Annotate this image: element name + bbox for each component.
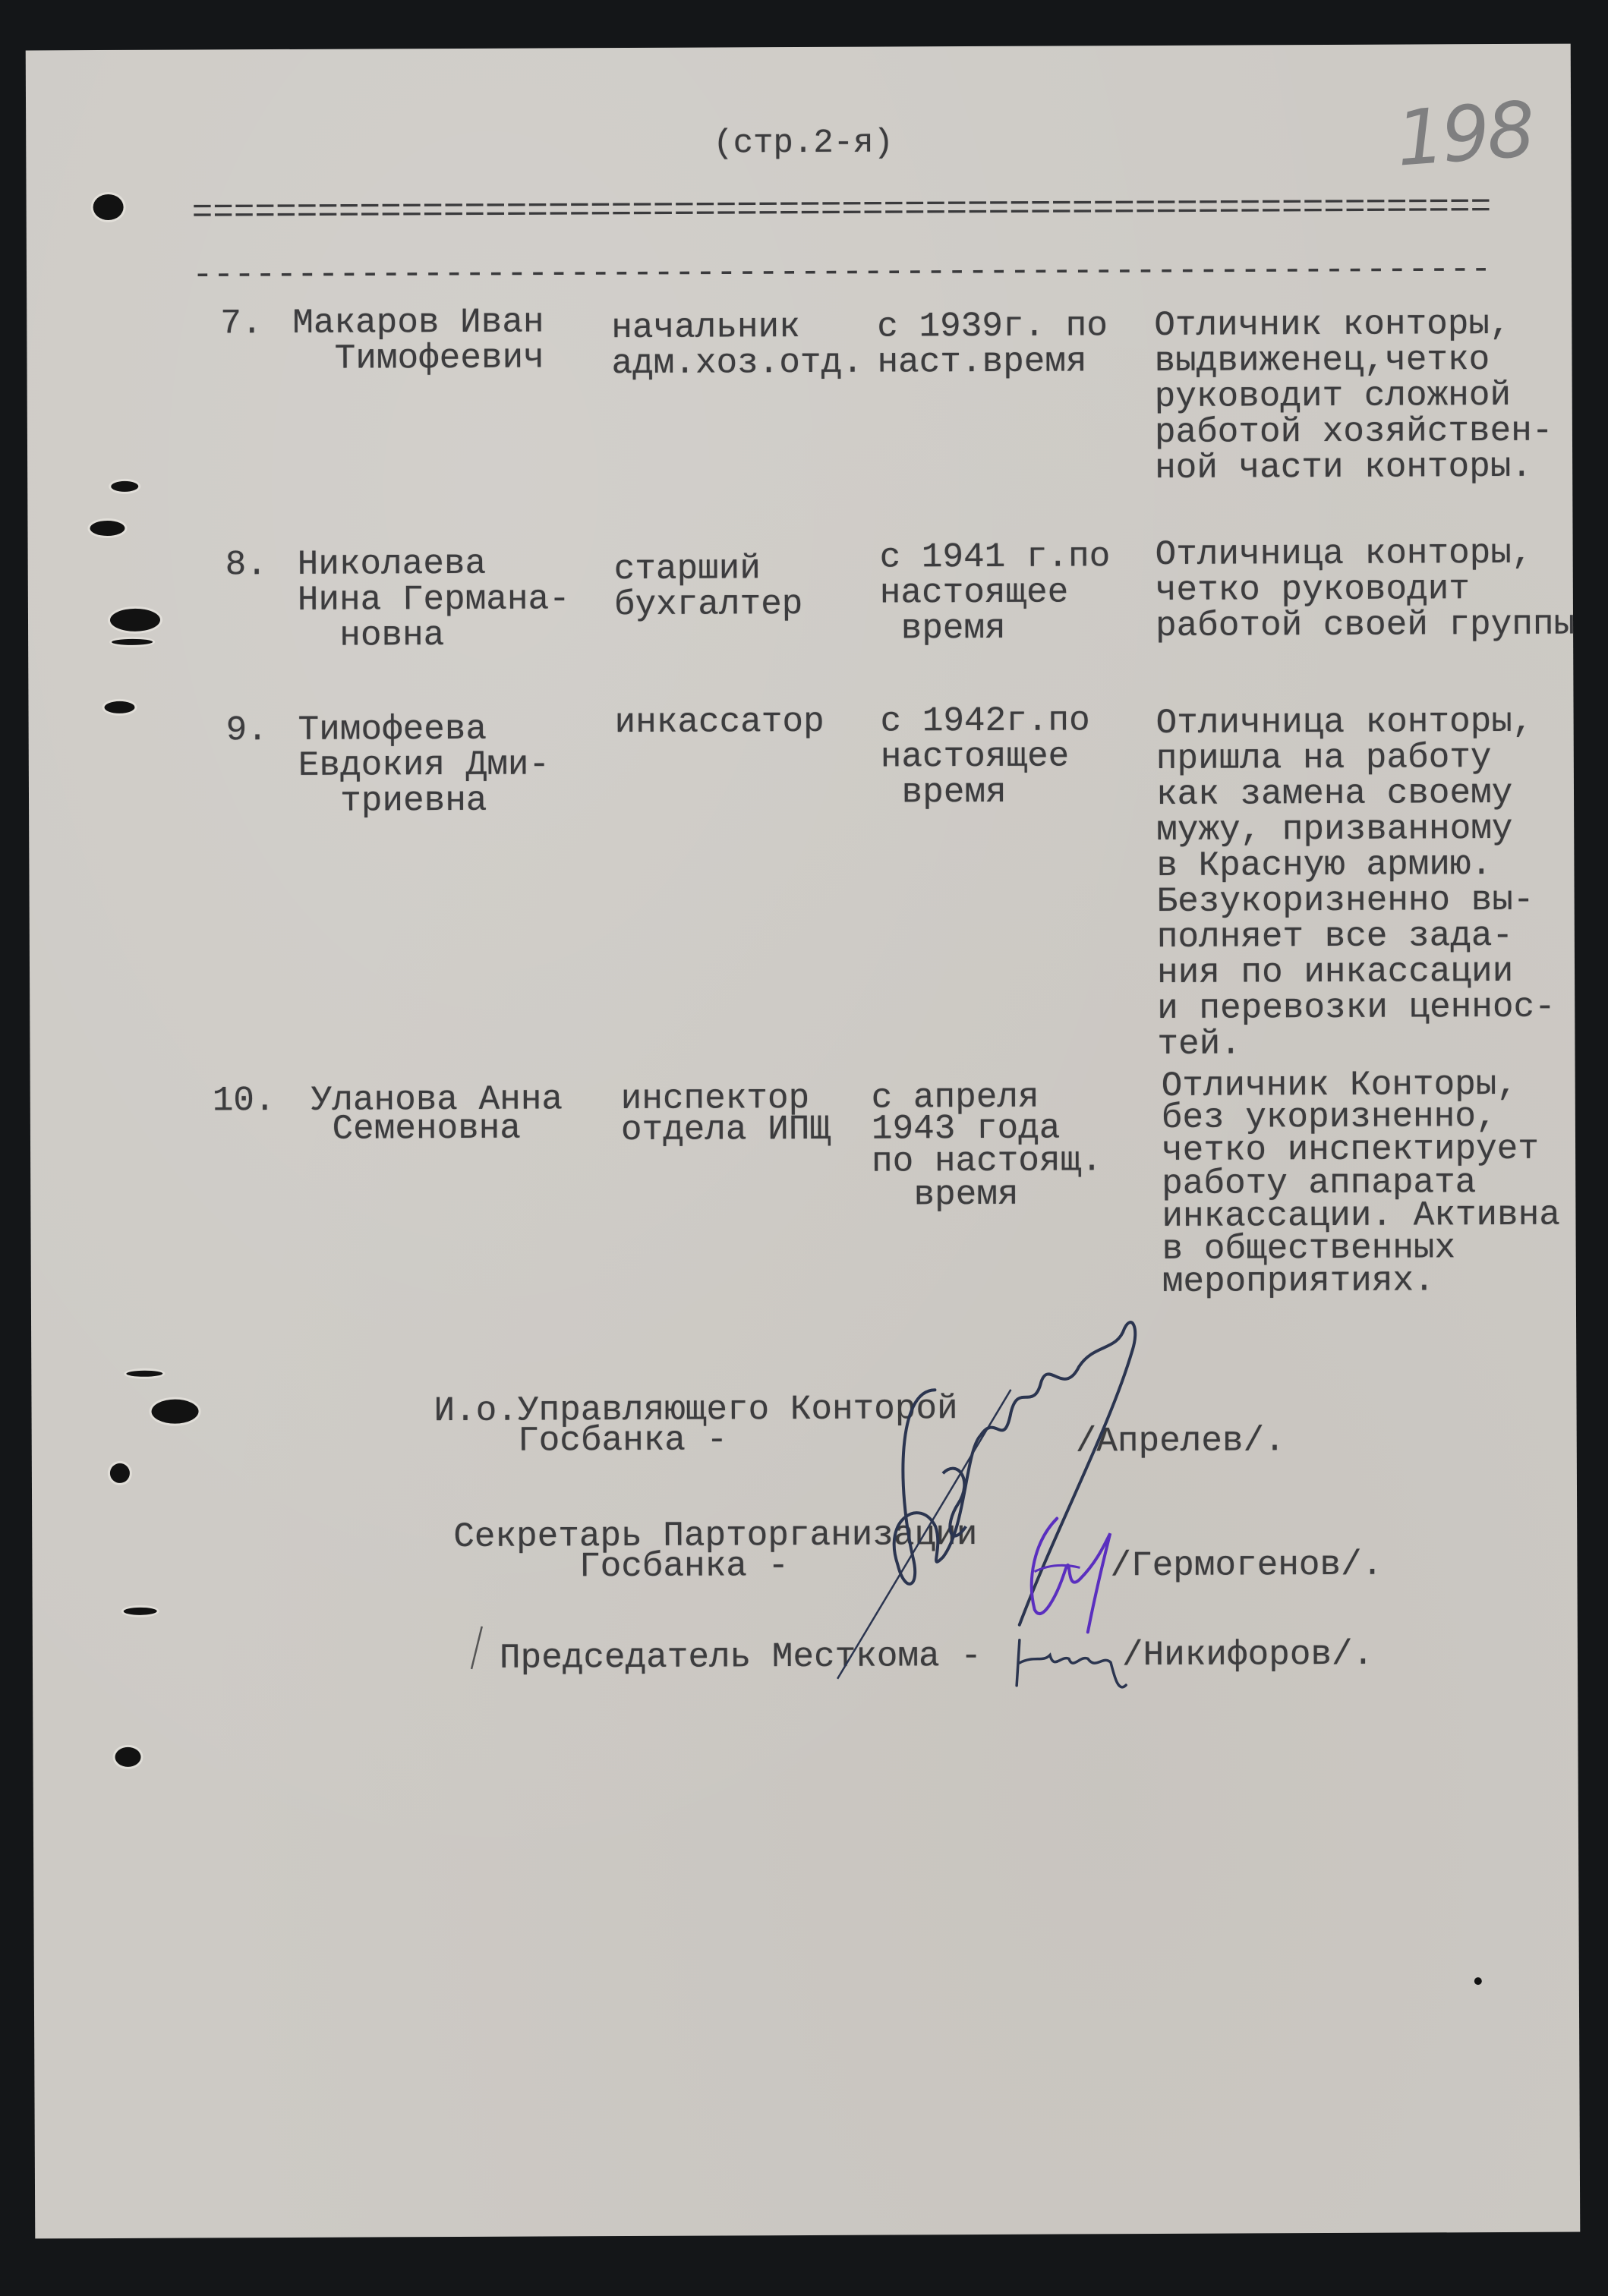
employee-name: Николаева [298, 546, 487, 583]
punch-hole [90, 521, 125, 536]
characteristic: Отличник конторы, [1154, 307, 1510, 344]
row-number: 7. [220, 306, 262, 342]
employment-period: настоящее [881, 739, 1070, 775]
table-row: 8. Николаева Нина Германа- новна старший… [26, 44, 1571, 51]
characteristic: мероприятиях. [1162, 1263, 1435, 1300]
employee-position: инкассатор [614, 704, 824, 741]
employee-position: старший [614, 551, 761, 587]
punch-hole [93, 194, 124, 220]
employment-period: с 1942г.по [880, 703, 1089, 739]
employee-position: отдела ИПЩ [621, 1112, 831, 1148]
employment-period: с 1941 г.по [880, 539, 1111, 575]
employee-name: Евдокия Дми- [298, 747, 550, 783]
characteristic: как замена своему [1156, 776, 1512, 813]
chairman-name: /Никифоров/. [1122, 1637, 1373, 1674]
employment-period: время [881, 775, 1007, 811]
characteristic: ной части конторы. [1155, 449, 1532, 487]
employment-period: с 1939г. по [877, 308, 1108, 345]
characteristic: работой хозяйствен- [1155, 414, 1553, 451]
signature-stroke [806, 1382, 1035, 1687]
employee-position: бухгалтер [614, 587, 803, 623]
punch-hole [104, 701, 134, 713]
secretary-title: Госбанка - [453, 1548, 789, 1586]
employee-name: Тимофеева [298, 712, 487, 748]
punch-hole [110, 609, 160, 631]
archive-sheet-number: 198 [1393, 85, 1535, 184]
characteristic: Отличница конторы, [1156, 704, 1534, 742]
table-row: 10. Уланова Анна Семеновна инспектор отд… [26, 44, 1571, 51]
row-number: 8. [225, 547, 267, 583]
row-number: 9. [226, 713, 268, 748]
table-row: 9. Тимофеева Евдокия Дми- триевна инкасс… [26, 44, 1571, 51]
characteristic: мужу, призванному [1156, 811, 1512, 849]
employee-position: адм.хоз.отд. [611, 345, 862, 382]
characteristic: полняет все зада- [1157, 918, 1513, 956]
employee-name: новна [298, 618, 444, 654]
employment-period: настоящее [880, 575, 1069, 611]
characteristic: работой своей группы [1156, 607, 1575, 644]
employment-period: время [872, 1177, 1018, 1214]
page-label: (стр.2-я) [713, 125, 894, 162]
ink-dot [1474, 1977, 1482, 1985]
manager-title: Госбанка - [434, 1422, 728, 1460]
punch-hole [110, 1463, 130, 1483]
single-rule: ----------------------------------------… [192, 258, 1536, 287]
characteristic: в Красную армию. [1156, 847, 1492, 884]
employment-period: наст.время [877, 344, 1086, 380]
punch-hole [111, 481, 138, 492]
pencil-tick [465, 1624, 488, 1684]
document-page: (стр.2-я) 198 ==========================… [26, 44, 1581, 2239]
employee-name: Семеновна [311, 1111, 521, 1148]
punch-hole [115, 1747, 140, 1767]
characteristic: Безукоризненно вы- [1157, 883, 1534, 920]
employee-name: Тимофеевич [292, 340, 544, 376]
punch-hole [124, 1608, 157, 1615]
table-row: 7. Макаров Иван Тимофеевич начальник адм… [26, 44, 1571, 51]
employee-name: Нина Германа- [298, 581, 570, 619]
punch-hole [151, 1399, 198, 1423]
employee-name: Макаров Иван [292, 304, 544, 341]
employee-name: триевна [298, 783, 487, 820]
punch-hole [112, 639, 153, 645]
double-rule: ========================================… [192, 196, 1536, 225]
row-number: 10. [213, 1083, 276, 1119]
employee-position: начальник [611, 310, 800, 346]
characteristic: тей. [1157, 1026, 1241, 1062]
employment-period: время [880, 611, 1006, 647]
characteristic: пришла на работу [1156, 740, 1492, 777]
characteristic: выдвиженец,четко [1154, 342, 1490, 380]
characteristic: и перевозки ценнос- [1157, 990, 1556, 1027]
characteristic: ния по инкассации [1157, 954, 1513, 991]
punch-hole [126, 1371, 162, 1377]
signature-block: И.о.Управляющего Конторой Госбанка - /Ап… [26, 44, 1571, 51]
characteristic: Отличница конторы, [1156, 536, 1533, 573]
characteristic: четко руководит [1156, 572, 1470, 609]
characteristic: руководит сложной [1155, 378, 1511, 415]
